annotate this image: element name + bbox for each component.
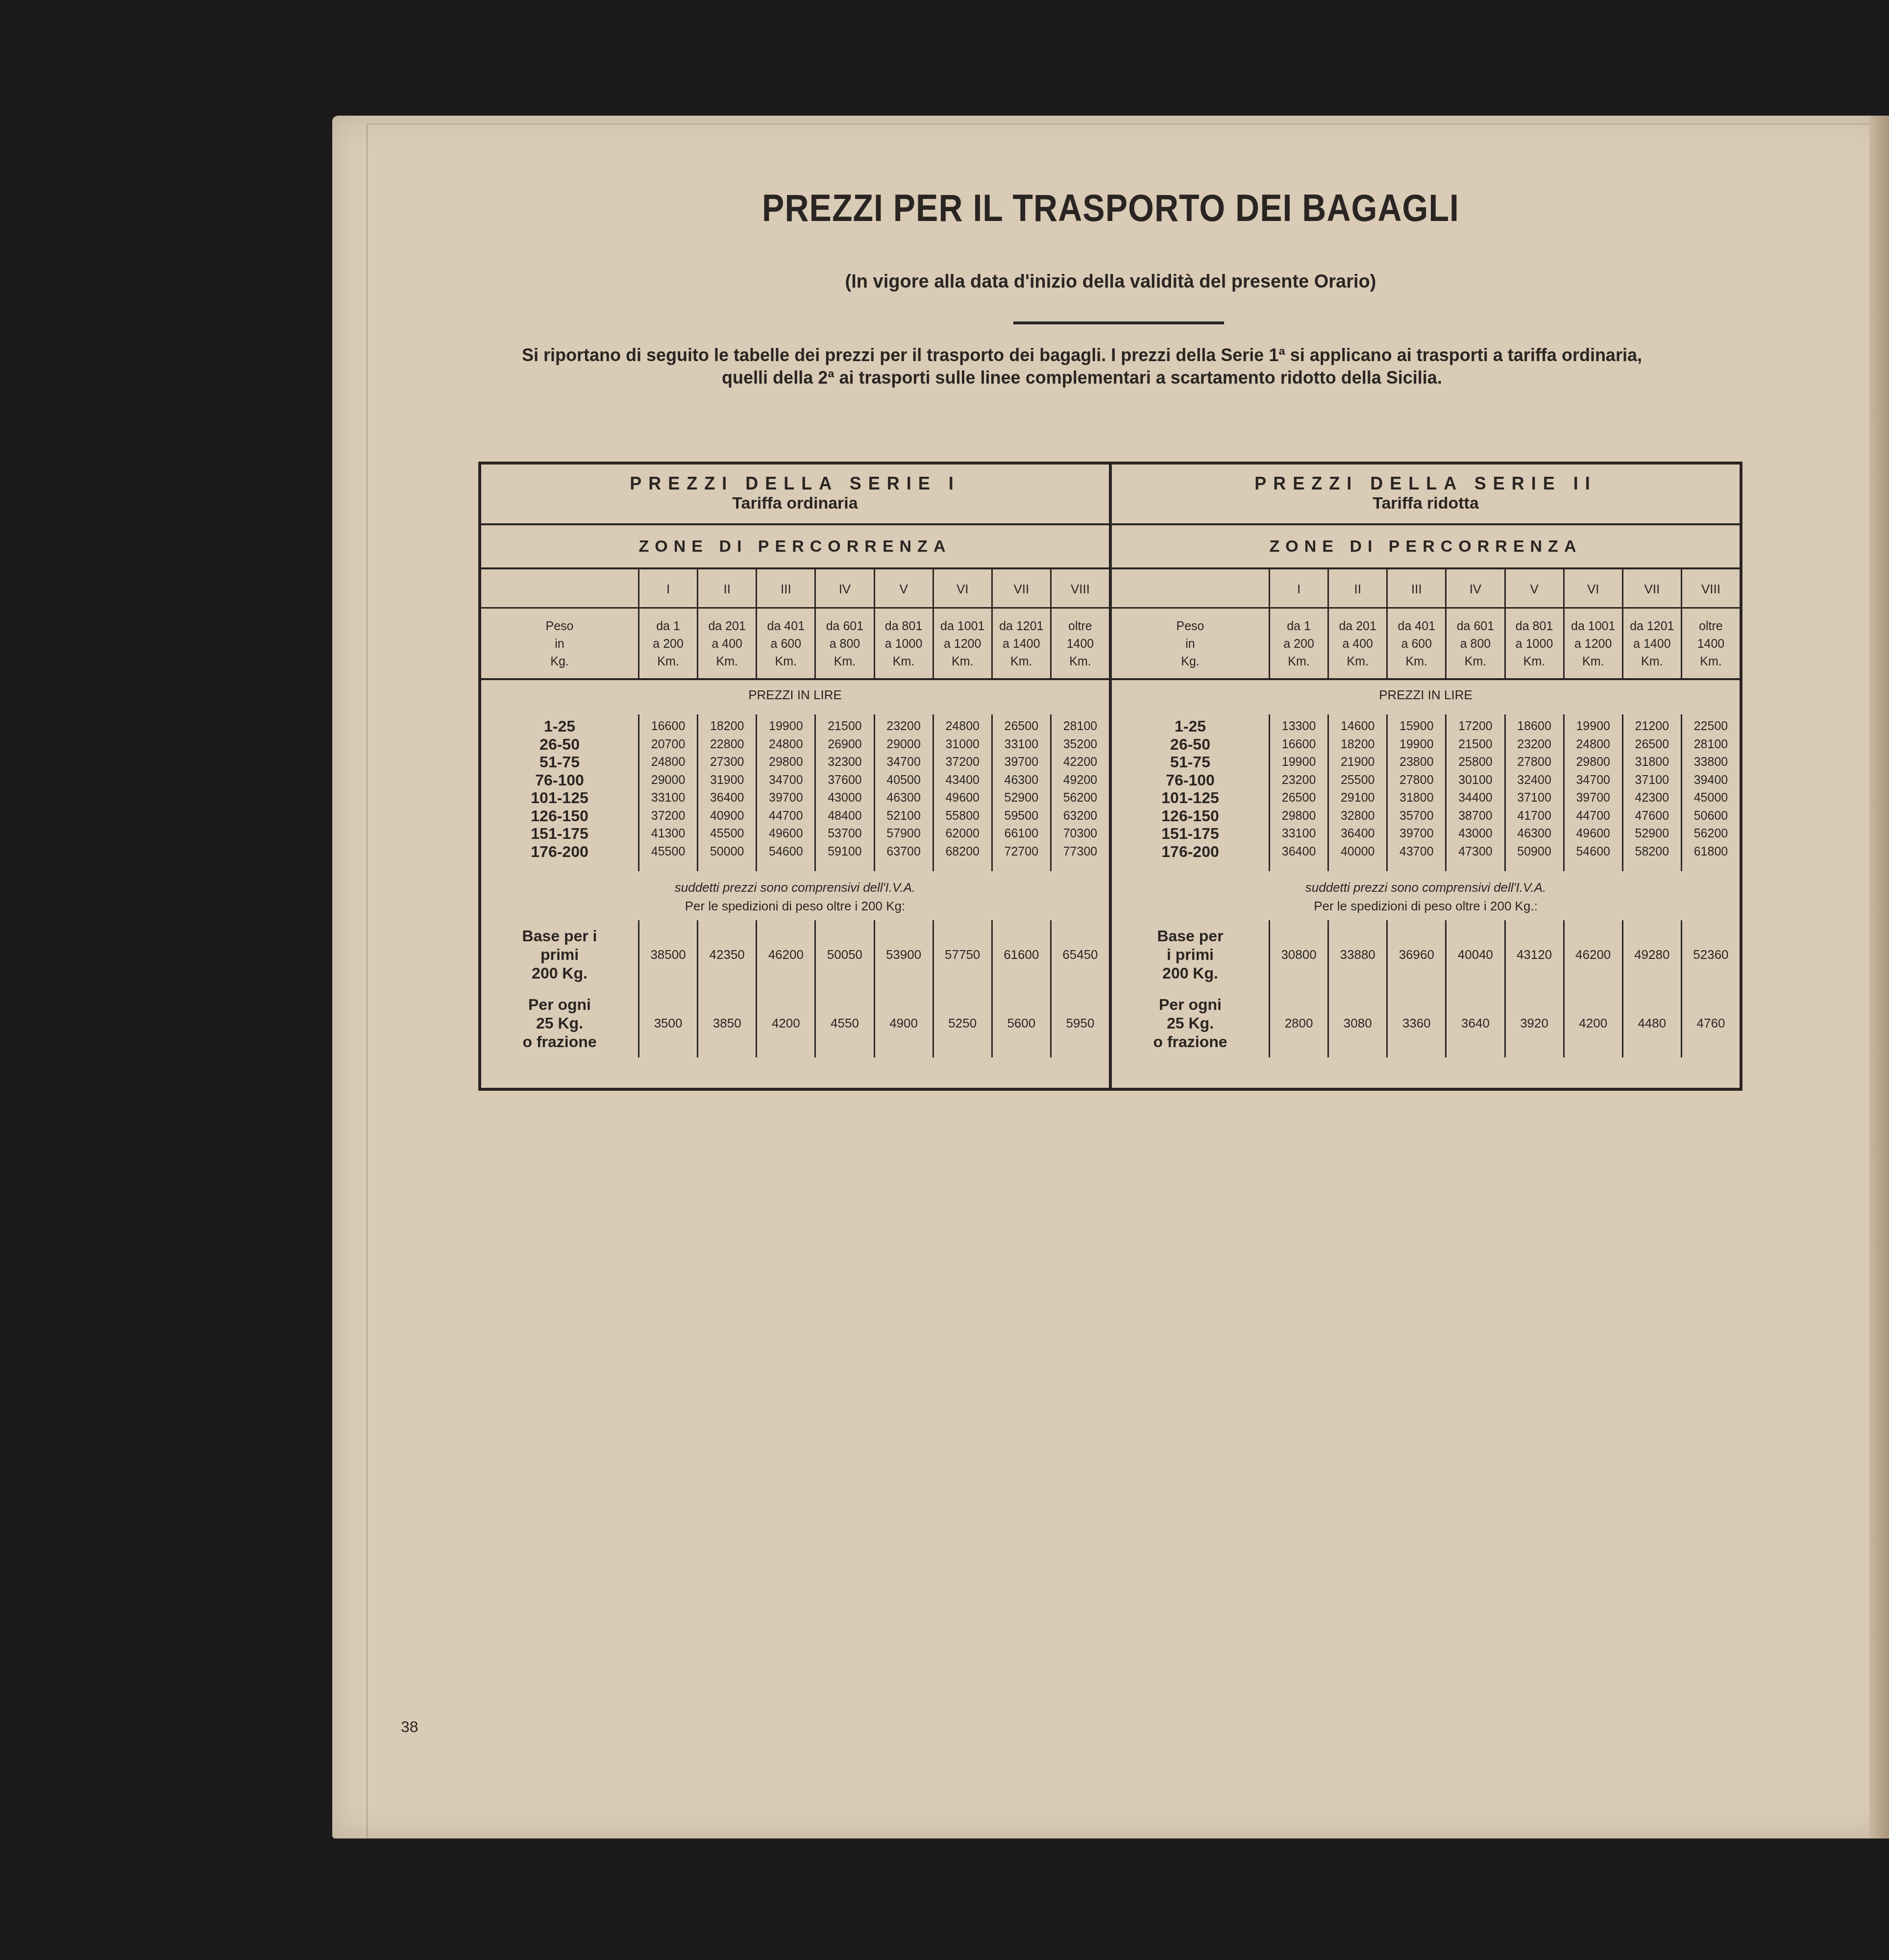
- zone-range-line: a 800: [816, 635, 873, 653]
- zone-range-line: da 1: [639, 617, 697, 635]
- price-column: 1990024800298003470039700447004960054600: [756, 714, 814, 871]
- over-200-note: Per le spedizioni di peso oltre i 200 Kg…: [1112, 897, 1740, 915]
- price-cell: 24800: [934, 717, 991, 735]
- weight-header-line: Kg.: [481, 653, 638, 670]
- price-column: 1860023200278003240037100417004630050900: [1504, 714, 1563, 871]
- weight-range: 26-50: [481, 735, 638, 754]
- price-cell: 22800: [698, 735, 756, 754]
- zone-range-line: a 1400: [1623, 635, 1681, 653]
- zone-range: da 601a 800Km.: [814, 609, 873, 680]
- zone-range-line: a 1200: [1565, 635, 1622, 653]
- price-cell: 23200: [1270, 771, 1327, 789]
- price-column: 2810035200422004920056200632007030077300: [1050, 714, 1109, 871]
- zone-number: VII: [1622, 569, 1681, 609]
- price-cell: 44700: [1565, 807, 1622, 825]
- price-cell: 57750: [932, 920, 991, 989]
- price-cell: 54600: [1565, 843, 1622, 861]
- price-cell: 40000: [1329, 843, 1386, 861]
- price-cell: 40040: [1445, 920, 1504, 989]
- price-cell: 52360: [1681, 920, 1740, 989]
- price-cell: 17200: [1447, 717, 1504, 735]
- price-cell: 55800: [934, 807, 991, 825]
- price-column: 2120026500318003710042300476005290058200: [1622, 714, 1681, 871]
- zone-range: da 1a 200Km.: [1269, 609, 1327, 680]
- price-cell: 38700: [1447, 807, 1504, 825]
- zone-range-line: da 1201: [993, 617, 1050, 635]
- price-cell: 50600: [1682, 807, 1740, 825]
- price-cell: 36960: [1386, 920, 1445, 989]
- price-column: 1660020700248002900033100372004130045500: [638, 714, 697, 871]
- price-cell: 43000: [1447, 825, 1504, 843]
- prices-in-lire-label: PREZZI IN LIRE: [1112, 680, 1740, 714]
- price-cell: 49600: [934, 789, 991, 807]
- zone-range-line: a 1000: [875, 635, 932, 653]
- zone-range-line: da 401: [1388, 617, 1445, 635]
- price-cell: 25500: [1329, 771, 1386, 789]
- price-column: 1330016600199002320026500298003310036400: [1269, 714, 1327, 871]
- price-cell: 3640: [1445, 989, 1504, 1057]
- zone-range-line: a 200: [1270, 635, 1327, 653]
- zone-range-line: da 801: [1506, 617, 1563, 635]
- price-cell: 42350: [697, 920, 756, 989]
- price-cell: 54600: [757, 843, 814, 861]
- row-label-line: 200 Kg.: [532, 964, 588, 982]
- series-name: PREZZI DELLA SERIE II: [1112, 473, 1740, 494]
- zone-range: da 801a 1000Km.: [1504, 609, 1563, 680]
- zone-range-line: Km.: [757, 653, 814, 670]
- price-cell: 46300: [993, 771, 1050, 789]
- base-row: Base peri primi200 Kg.308003388036960400…: [1112, 920, 1740, 989]
- price-cell: 19900: [757, 717, 814, 735]
- price-cell: 23800: [1388, 753, 1445, 771]
- price-cell: 18200: [1329, 735, 1386, 754]
- row-label-line: 25 Kg.: [536, 1014, 583, 1032]
- price-cell: 52100: [875, 807, 932, 825]
- price-cell: 2800: [1269, 989, 1327, 1057]
- zone-number: III: [756, 569, 814, 609]
- price-cell: 23200: [875, 717, 932, 735]
- series-header: PREZZI DELLA SERIE ITariffa ordinaria: [481, 465, 1109, 525]
- zone-range: da 1201a 1400Km.: [1622, 609, 1681, 680]
- zone-range-line: Km.: [1329, 653, 1386, 670]
- footnote: suddetti prezzi sono comprensivi dell'I.…: [1112, 871, 1740, 920]
- price-cell: 22500: [1682, 717, 1740, 735]
- zone-range-line: a 800: [1447, 635, 1504, 653]
- price-cell: 44700: [757, 807, 814, 825]
- price-cell: 38500: [638, 920, 697, 989]
- price-column: 1720021500258003010034400387004300047300: [1445, 714, 1504, 871]
- price-cell: 27800: [1506, 753, 1563, 771]
- price-cell: 31000: [934, 735, 991, 754]
- price-cell: 33100: [639, 789, 697, 807]
- price-cell: 18200: [698, 717, 756, 735]
- intro-line-2: quelli della 2ª ai trasporti sulle linee…: [396, 367, 1768, 389]
- price-cell: 4200: [1563, 989, 1622, 1057]
- price-column: 1590019900238002780031800357003970043700: [1386, 714, 1445, 871]
- zone-range-line: da 1001: [934, 617, 991, 635]
- iva-note: suddetti prezzi sono comprensivi dell'I.…: [1112, 878, 1740, 897]
- zone-range-line: Km.: [639, 653, 697, 670]
- zone-range-line: da 201: [1329, 617, 1386, 635]
- price-cell: 50900: [1506, 843, 1563, 861]
- price-cell: 31800: [1388, 789, 1445, 807]
- zone-range-line: Km.: [934, 653, 991, 670]
- price-cell: 34700: [757, 771, 814, 789]
- price-cell: 48400: [816, 807, 873, 825]
- zone-range-line: Km.: [1506, 653, 1563, 670]
- price-cell: 32300: [816, 753, 873, 771]
- price-cell: 50000: [698, 843, 756, 861]
- weight-range: 76-100: [1112, 771, 1269, 789]
- intro-text: Si riportano di seguito le tabelle dei p…: [396, 344, 1768, 389]
- price-cell: 35200: [1052, 735, 1109, 754]
- price-cell: 45500: [698, 825, 756, 843]
- iva-note: suddetti prezzi sono comprensivi dell'I.…: [481, 878, 1109, 897]
- price-cell: 34700: [875, 753, 932, 771]
- price-cell: 45500: [639, 843, 697, 861]
- weight-header-line: in: [481, 635, 638, 653]
- zone-range: da 1a 200Km.: [638, 609, 697, 680]
- zone-range-line: 1400: [1052, 635, 1109, 653]
- price-cell: 61600: [991, 920, 1050, 989]
- price-cell: 39700: [993, 753, 1050, 771]
- price-cell: 36400: [1270, 843, 1327, 861]
- zone-range: da 1001a 1200Km.: [932, 609, 991, 680]
- price-cell: 33100: [1270, 825, 1327, 843]
- zone-number: VIII: [1681, 569, 1740, 609]
- zone-range-line: a 1000: [1506, 635, 1563, 653]
- price-cell: 4900: [874, 989, 932, 1057]
- price-cell: 56200: [1682, 825, 1740, 843]
- zone-range-line: a 400: [1329, 635, 1386, 653]
- price-cell: 57900: [875, 825, 932, 843]
- zone-range: oltre1400Km.: [1681, 609, 1740, 680]
- zone-range-line: Km.: [1052, 653, 1109, 670]
- zone-range-line: da 801: [875, 617, 932, 635]
- weight-range: 1-25: [481, 717, 638, 735]
- weight-header-line: Peso: [481, 617, 638, 635]
- price-cell: 49280: [1622, 920, 1681, 989]
- price-cell: 27800: [1388, 771, 1445, 789]
- footnote: suddetti prezzi sono comprensivi dell'I.…: [481, 871, 1109, 920]
- zone-number: VI: [1563, 569, 1622, 609]
- price-cell: 46200: [1563, 920, 1622, 989]
- price-cell: 21500: [1447, 735, 1504, 754]
- price-cell: 14600: [1329, 717, 1386, 735]
- series-name: PREZZI DELLA SERIE I: [481, 473, 1109, 494]
- price-cell: 49200: [1052, 771, 1109, 789]
- price-column: 1990024800298003470039700447004960054600: [1563, 714, 1622, 871]
- price-cell: 26900: [816, 735, 873, 754]
- price-cell: 19900: [1388, 735, 1445, 754]
- price-cell: 43700: [1388, 843, 1445, 861]
- price-cell: 32400: [1506, 771, 1563, 789]
- price-cell: 26500: [1623, 735, 1681, 754]
- zone-range-line: da 601: [816, 617, 873, 635]
- price-cell: 52900: [993, 789, 1050, 807]
- zone-range-line: Km.: [698, 653, 756, 670]
- row-label: Per ogni25 Kg.o frazione: [481, 989, 638, 1057]
- zone-range-line: Km.: [1682, 653, 1740, 670]
- zone-range-line: a 600: [757, 635, 814, 653]
- price-cell: 21200: [1623, 717, 1681, 735]
- price-cell: 5250: [932, 989, 991, 1057]
- price-cell: 28100: [1052, 717, 1109, 735]
- price-cell: 33800: [1682, 753, 1740, 771]
- zone-number: VII: [991, 569, 1050, 609]
- document-page: PREZZI PER IL TRASPORTO DEI BAGAGLI (In …: [332, 116, 1889, 1838]
- blank-cell: [481, 569, 638, 609]
- zone-range-row: PesoinKg.da 1a 200Km.da 201a 400Km.da 40…: [481, 609, 1109, 680]
- zone-range-line: Km.: [1565, 653, 1622, 670]
- price-cell: 63200: [1052, 807, 1109, 825]
- row-label-line: 200 Kg.: [1162, 964, 1218, 982]
- base-row: Base per iprimi200 Kg.385004235046200500…: [481, 920, 1109, 989]
- price-cell: 24800: [757, 735, 814, 754]
- price-cell: 4760: [1681, 989, 1740, 1057]
- zone-range-line: Km.: [816, 653, 873, 670]
- weight-column: 1-2526-5051-7576-100101-125126-150151-17…: [1112, 714, 1269, 871]
- row-label: Base per iprimi200 Kg.: [481, 920, 638, 989]
- price-cell: 29800: [1270, 807, 1327, 825]
- price-column: 2320029000347004050046300521005790063700: [874, 714, 932, 871]
- price-cell: 15900: [1388, 717, 1445, 735]
- price-cell: 43400: [934, 771, 991, 789]
- price-cell: 18600: [1506, 717, 1563, 735]
- price-cell: 42200: [1052, 753, 1109, 771]
- price-cell: 46300: [1506, 825, 1563, 843]
- price-cell: 16600: [639, 717, 697, 735]
- price-cell: 32800: [1329, 807, 1386, 825]
- price-cell: 19900: [1565, 717, 1622, 735]
- price-cell: 26500: [993, 717, 1050, 735]
- price-cell: 21500: [816, 717, 873, 735]
- price-cell: 29000: [639, 771, 697, 789]
- price-cell: 5600: [991, 989, 1050, 1057]
- row-label: Base peri primi200 Kg.: [1112, 920, 1269, 989]
- row-label-line: Per ogni: [528, 995, 591, 1014]
- price-cell: 40900: [698, 807, 756, 825]
- zone-number: I: [1269, 569, 1327, 609]
- price-cell: 35700: [1388, 807, 1445, 825]
- zone-range-line: a 600: [1388, 635, 1445, 653]
- weight-header-line: Peso: [1112, 617, 1269, 635]
- price-cell: 20700: [639, 735, 697, 754]
- price-cell: 13300: [1270, 717, 1327, 735]
- page-subtitle: (In vigore alla data d'inizio della vali…: [332, 271, 1889, 293]
- weight-range: 76-100: [481, 771, 638, 789]
- weight-header-line: Kg.: [1112, 653, 1269, 670]
- price-cell: 30800: [1269, 920, 1327, 989]
- zone-range-row: PesoinKg.da 1a 200Km.da 201a 400Km.da 40…: [1112, 609, 1740, 680]
- row-label-line: o frazione: [522, 1032, 596, 1051]
- price-cell: 70300: [1052, 825, 1109, 843]
- price-data-block: 1-2526-5051-7576-100101-125126-150151-17…: [481, 714, 1109, 871]
- zone-number-row: IIIIIIIVVVIVIIVIII: [481, 569, 1109, 609]
- row-label-line: Per ogni: [1159, 995, 1222, 1014]
- price-cell: 40500: [875, 771, 932, 789]
- price-cell: 30100: [1447, 771, 1504, 789]
- price-column: 2650033100397004630052900595006610072700: [991, 714, 1050, 871]
- weight-range: 176-200: [1112, 843, 1269, 861]
- price-cell: 43120: [1504, 920, 1563, 989]
- price-cell: 66100: [993, 825, 1050, 843]
- price-cell: 29800: [757, 753, 814, 771]
- price-cell: 41300: [639, 825, 697, 843]
- price-cell: 29100: [1329, 789, 1386, 807]
- weight-range: 151-175: [481, 825, 638, 843]
- price-cell: 3080: [1327, 989, 1386, 1057]
- zone-number: I: [638, 569, 697, 609]
- binding-edge: [1869, 116, 1889, 1838]
- blank-cell: [1112, 569, 1269, 609]
- price-column: 1820022800273003190036400409004550050000: [697, 714, 756, 871]
- weight-range: 51-75: [481, 753, 638, 771]
- zone-range: da 401a 600Km.: [756, 609, 814, 680]
- price-cell: 34400: [1447, 789, 1504, 807]
- price-cell: 39700: [1388, 825, 1445, 843]
- zone-range: da 1001a 1200Km.: [1563, 609, 1622, 680]
- price-cell: 58200: [1623, 843, 1681, 861]
- zone-range: da 401a 600Km.: [1386, 609, 1445, 680]
- price-cell: 37600: [816, 771, 873, 789]
- per-25kg-row: Per ogni25 Kg.o frazione2800308033603640…: [1112, 989, 1740, 1057]
- price-cell: 33880: [1327, 920, 1386, 989]
- price-cell: 62000: [934, 825, 991, 843]
- weight-range: 176-200: [481, 843, 638, 861]
- price-cell: 39400: [1682, 771, 1740, 789]
- price-cell: 37100: [1506, 789, 1563, 807]
- price-cell: 50050: [814, 920, 873, 989]
- zone-number: IV: [1445, 569, 1504, 609]
- row-label-line: 25 Kg.: [1167, 1014, 1214, 1032]
- zone-range-line: da 601: [1447, 617, 1504, 635]
- price-cell: 56200: [1052, 789, 1109, 807]
- price-cell: 26500: [1270, 789, 1327, 807]
- price-cell: 19900: [1270, 753, 1327, 771]
- series-1-table: PREZZI DELLA SERIE ITariffa ordinariaZON…: [481, 465, 1109, 1088]
- price-cell: 39700: [757, 789, 814, 807]
- price-cell: 27300: [698, 753, 756, 771]
- tariff-name: Tariffa ridotta: [1112, 494, 1740, 513]
- price-cell: 34700: [1565, 771, 1622, 789]
- series-2-table: PREZZI DELLA SERIE IITariffa ridottaZONE…: [1109, 465, 1740, 1088]
- weight-column: 1-2526-5051-7576-100101-125126-150151-17…: [481, 714, 638, 871]
- price-data-block: 1-2526-5051-7576-100101-125126-150151-17…: [1112, 714, 1740, 871]
- weight-range: 26-50: [1112, 735, 1269, 754]
- price-column: 2480031000372004340049600558006200068200: [932, 714, 991, 871]
- weight-header: PesoinKg.: [1112, 609, 1269, 680]
- price-cell: 31900: [698, 771, 756, 789]
- zone-number-row: IIIIIIIVVVIVIIVIII: [1112, 569, 1740, 609]
- price-cell: 49600: [757, 825, 814, 843]
- price-cell: 45000: [1682, 789, 1740, 807]
- price-cell: 4550: [814, 989, 873, 1057]
- price-cell: 43000: [816, 789, 873, 807]
- price-cell: 5950: [1050, 989, 1109, 1057]
- zone-number: VIII: [1050, 569, 1109, 609]
- price-cell: 33100: [993, 735, 1050, 754]
- page-title: PREZZI PER IL TRASPORTO DEI BAGAGLI: [332, 186, 1889, 230]
- intro-line-1: Si riportano di seguito le tabelle dei p…: [396, 344, 1768, 367]
- tariff-name: Tariffa ordinaria: [481, 494, 1109, 513]
- price-cell: 59500: [993, 807, 1050, 825]
- weight-range: 51-75: [1112, 753, 1269, 771]
- row-label-line: o frazione: [1153, 1032, 1227, 1051]
- zone-number: V: [874, 569, 932, 609]
- zone-range-line: Km.: [1270, 653, 1327, 670]
- zone-range: da 1201a 1400Km.: [991, 609, 1050, 680]
- price-cell: 49600: [1565, 825, 1622, 843]
- zone-range: da 201a 400Km.: [1327, 609, 1386, 680]
- row-label: Per ogni25 Kg.o frazione: [1112, 989, 1269, 1057]
- price-cell: 47300: [1447, 843, 1504, 861]
- zone-range-line: oltre: [1682, 617, 1740, 635]
- zone-range-line: Km.: [1447, 653, 1504, 670]
- zone-range-line: Km.: [1623, 653, 1681, 670]
- row-label-line: Base per: [1157, 927, 1223, 945]
- weight-range: 101-125: [1112, 789, 1269, 807]
- prices-in-lire-label: PREZZI IN LIRE: [481, 680, 1109, 714]
- zone-range-line: a 1400: [993, 635, 1050, 653]
- row-label-line: i primi: [1167, 945, 1214, 964]
- divider: [1013, 321, 1224, 324]
- price-cell: 25800: [1447, 753, 1504, 771]
- zone-range-line: Km.: [993, 653, 1050, 670]
- price-cell: 46200: [756, 920, 814, 989]
- zone-range-line: Km.: [875, 653, 932, 670]
- zone-range-line: a 200: [639, 635, 697, 653]
- price-cell: 59100: [816, 843, 873, 861]
- zone-range-line: a 1200: [934, 635, 991, 653]
- price-cell: 31800: [1623, 753, 1681, 771]
- zone-number: III: [1386, 569, 1445, 609]
- zone-number: V: [1504, 569, 1563, 609]
- price-cell: 68200: [934, 843, 991, 861]
- price-cell: 36400: [1329, 825, 1386, 843]
- zone-range: da 801a 1000Km.: [874, 609, 932, 680]
- price-cell: 46300: [875, 789, 932, 807]
- price-cell: 37200: [934, 753, 991, 771]
- weight-range: 101-125: [481, 789, 638, 807]
- weight-range: 126-150: [481, 807, 638, 825]
- price-tables: PREZZI DELLA SERIE ITariffa ordinariaZON…: [478, 462, 1742, 1091]
- price-cell: 24800: [1565, 735, 1622, 754]
- price-cell: 61800: [1682, 843, 1740, 861]
- price-cell: 77300: [1052, 843, 1109, 861]
- zone-range-line: da 1001: [1565, 617, 1622, 635]
- price-cell: 24800: [639, 753, 697, 771]
- price-cell: 3500: [638, 989, 697, 1057]
- zone-range-line: da 1201: [1623, 617, 1681, 635]
- weight-range: 126-150: [1112, 807, 1269, 825]
- price-column: 2250028100338003940045000506005620061800: [1681, 714, 1740, 871]
- row-label-line: primi: [540, 945, 579, 964]
- weight-header: PesoinKg.: [481, 609, 638, 680]
- price-cell: 29800: [1565, 753, 1622, 771]
- row-label-line: Base per i: [522, 927, 597, 945]
- price-cell: 29000: [875, 735, 932, 754]
- zone-range-line: oltre: [1052, 617, 1109, 635]
- price-cell: 23200: [1506, 735, 1563, 754]
- price-cell: 36400: [698, 789, 756, 807]
- zone-range: oltre1400Km.: [1050, 609, 1109, 680]
- weight-range: 1-25: [1112, 717, 1269, 735]
- zone-number: II: [697, 569, 756, 609]
- price-column: 1460018200219002550029100328003640040000: [1327, 714, 1386, 871]
- price-cell: 3920: [1504, 989, 1563, 1057]
- zone-range-line: a 400: [698, 635, 756, 653]
